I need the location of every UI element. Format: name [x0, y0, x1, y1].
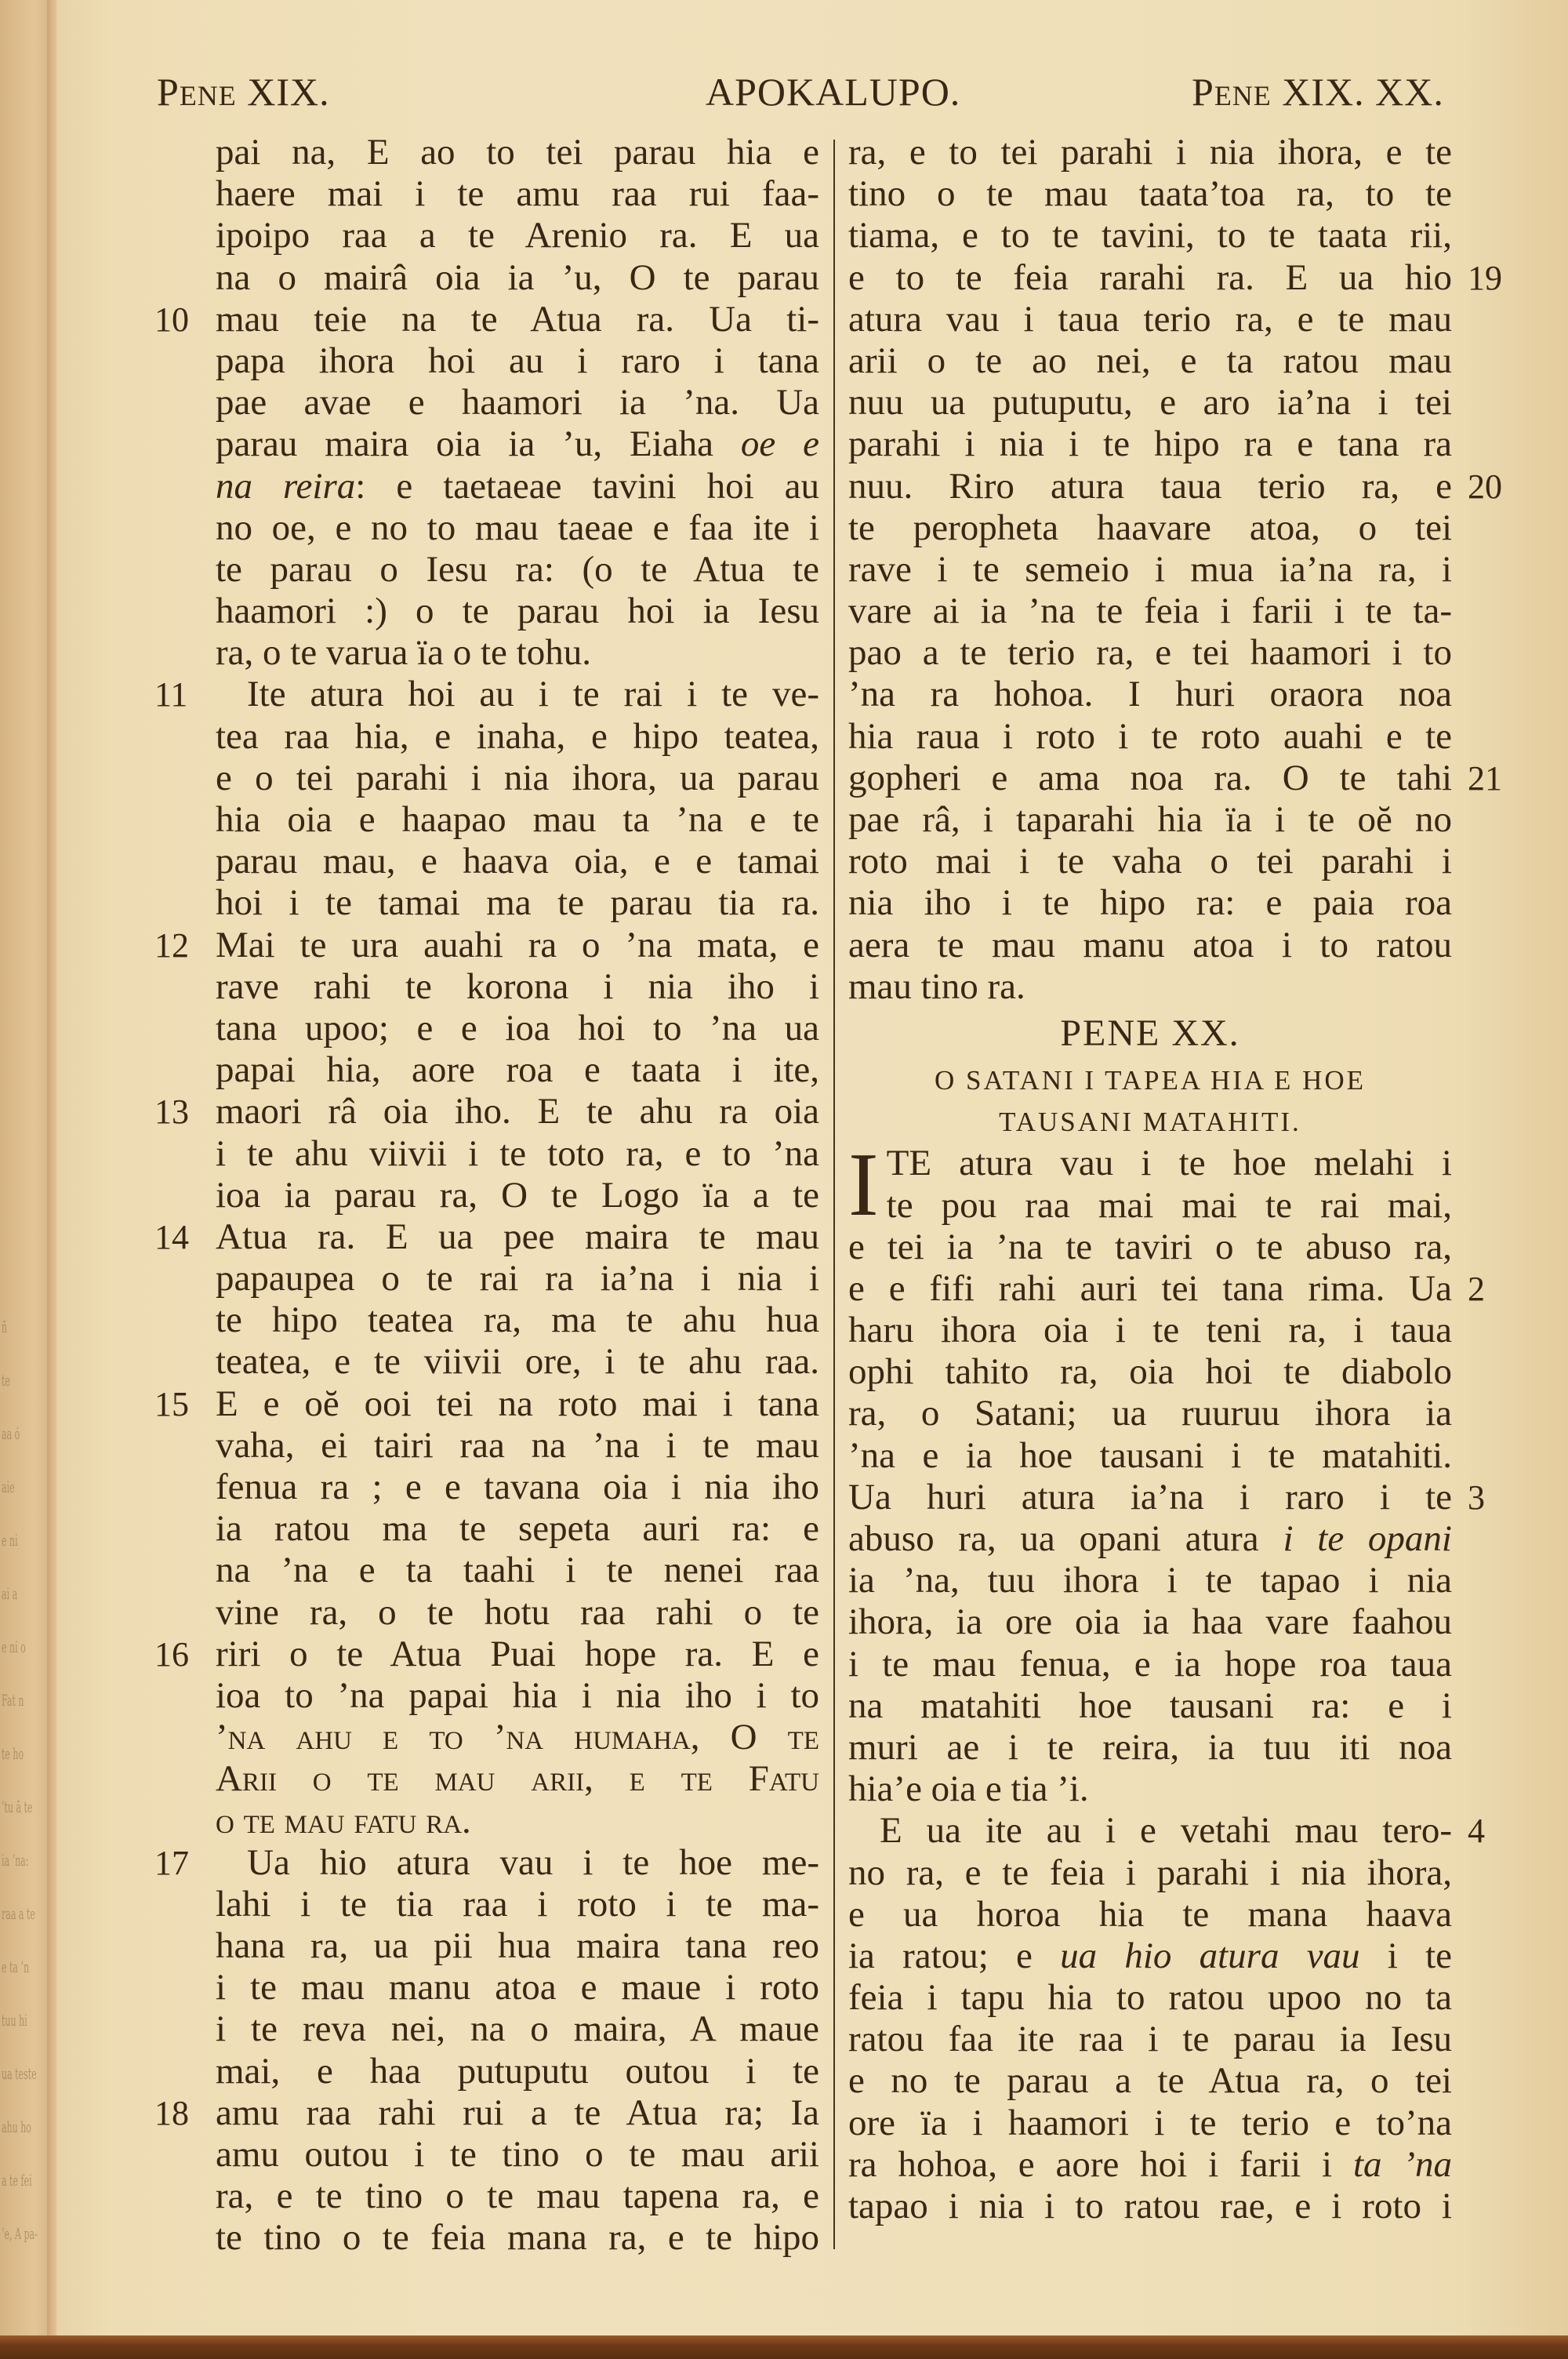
line-text: tapao i nia i to ratou rae, e i roto i: [848, 2186, 1452, 2226]
line-text: e tei ia ’na te taviri o te abuso ra,: [848, 1227, 1452, 1267]
line-text: Atua ra. E ua pee maira te mau: [216, 1216, 819, 1257]
text-line: aera te mau manu atoa i to ratou: [848, 925, 1452, 966]
header-left-initial: P: [157, 70, 180, 114]
bleed-through-text: e ta ’n: [2, 1957, 29, 1976]
line-text: tiama, e to te tavini, to te taata rii,: [848, 215, 1452, 256]
bleed-through-text: te: [2, 1371, 10, 1390]
text-line: ra, o te varua ïa o te tohu.: [216, 632, 819, 674]
text-line: ra, e te tino o te mau tapena ra, e: [216, 2175, 819, 2217]
verse-number: 19: [1468, 257, 1502, 299]
text-line: roto mai i te vaha o tei parahi i: [848, 841, 1452, 882]
italic-text: ta ’na: [1353, 2144, 1452, 2185]
text-line: rave i te semeio i mua ia’na ra, i: [848, 549, 1452, 591]
line-text: Arii o te mau arii, e te Fatu: [216, 1758, 819, 1799]
text-line: e no te parau a te Atua ra, o tei: [848, 2060, 1452, 2102]
line-text: te hipo teatea ra, ma te ahu hua: [216, 1299, 819, 1340]
line-text: pao a te terio ra, e tei haamori i to: [848, 632, 1452, 673]
text-line: 14Atua ra. E ua pee maira te mau: [216, 1216, 819, 1258]
line-text: ihora, ia ore oia ia haa vare faahou: [848, 1601, 1452, 1642]
line-text: arii o te ao nei, e ta ratou mau: [848, 340, 1452, 381]
line-text: hoi i te tamai ma te parau tia ra.: [216, 882, 819, 923]
text-line: e o tei parahi i nia ihora, ua parau: [216, 758, 819, 799]
line-text: te peropheta haavare atoa, o tei: [848, 507, 1452, 548]
text-line: te tino o te feia mana ra, e te hipo: [216, 2217, 819, 2259]
line-text: ’na ra hohoa. I huri oraora noa: [848, 674, 1452, 714]
text-line: ia ratou ma te sepeta auri ra: e: [216, 1508, 819, 1550]
line-text: E e oĕ ooi tei na roto mai i tana: [216, 1383, 819, 1424]
text-line: ia ratou; e ua hio atura vau i te: [848, 1936, 1452, 1977]
line-text: ioa to ’na papai hia i nia iho i to: [216, 1675, 819, 1716]
line-text: Ua hio atura vau i te hoe me-: [247, 1842, 819, 1883]
line-text: tana upoo; e e ioa hoi to ’na ua: [216, 1008, 819, 1049]
line-text: Mai te ura auahi ra o ’na mata, e: [216, 925, 819, 965]
text-line: haamori :) o te parau hoi ia Iesu: [216, 591, 819, 632]
line-text: lahi i te tia raa i roto i te ma-: [216, 1884, 819, 1925]
line-text: ra, e te tino o te mau tapena ra, e: [216, 2175, 819, 2216]
text-line: ’na ahu e to ’na humaha, O te: [216, 1717, 819, 1758]
line-text: papaupea o te rai ra ia’na i nia i: [216, 1258, 819, 1299]
line-text: e e fifi rahi auri tei tana rima. Ua: [848, 1268, 1452, 1309]
line-text: hia oia e haapao mau ta ’na e te: [216, 799, 819, 840]
bleed-through-text: ai a: [2, 1584, 17, 1603]
text-line: e ua horoa hia te mana haava: [848, 1894, 1452, 1936]
line-text: Ua huri atura ia’na i raro i te: [848, 1477, 1452, 1518]
text-line: 20nuu. Riro atura taua terio ra, e: [848, 466, 1452, 507]
text-line: tiama, e to te tavini, to te taata rii,: [848, 215, 1452, 256]
line-text: hana ra, ua pii hua maira tana reo: [216, 1925, 819, 1966]
line-text: teatea, e te viivii ore, i te ahu raa.: [216, 1341, 819, 1382]
book-gutter: [47, 0, 56, 2337]
line-text: e o tei parahi i nia ihora, ua parau: [216, 758, 819, 798]
line-text: nuu ua putuputu, e aro ia’na i tei: [848, 382, 1452, 423]
running-head-right: PENE XIX. XX.: [1192, 69, 1444, 114]
line-text: parau maira oia ia ’u, Eiaha: [216, 423, 713, 464]
verse-number: 14: [154, 1216, 189, 1258]
text-line: muri ae i te reira, ia tuu iti noa: [848, 1727, 1452, 1768]
line-text: tea raa hia, e inaha, e hipo teatea,: [216, 716, 819, 757]
column-divider-rule: [833, 140, 835, 2249]
verse-number: 16: [154, 1634, 189, 1675]
text-line: ipoipo raa a te Arenio ra. E ua: [216, 215, 819, 256]
text-line: ratou faa ite raa i te parau ia Iesu: [848, 2019, 1452, 2060]
verse-number: 12: [154, 925, 189, 966]
text-line: ophi tahito ra, oia hoi te diabolo: [848, 1351, 1452, 1393]
text-line: 18amu raa rahi rui a te Atua ra; Ia: [216, 2092, 819, 2134]
text-line: ’na ra hohoa. I huri oraora noa: [848, 674, 1452, 715]
text-line: i te mau fenua, e ia hope roa taua: [848, 1644, 1452, 1685]
text-line: i te mau manu atoa e maue i roto: [216, 1967, 819, 2008]
text-line: mau tino ra.: [848, 966, 1452, 1008]
text-line: ra, o Satani; ua ruuruu ihora ia: [848, 1393, 1452, 1434]
text-line: ioa to ’na papai hia i nia iho i to: [216, 1675, 819, 1717]
verse-number: 11: [154, 674, 187, 715]
header-right-initial: P: [1192, 70, 1214, 114]
line-text: e to te feia rarahi ra. E ua hio: [848, 257, 1452, 298]
text-line: e tei ia ’na te taviri o te abuso ra,: [848, 1227, 1452, 1268]
bleed-through-text: tuu hi: [2, 2011, 27, 2030]
bleed-through-text: Fat n: [2, 1691, 24, 1710]
text-line: nuu ua putuputu, e aro ia’na i tei: [848, 382, 1452, 423]
line-text: hia raua i roto i te roto auahi e te: [848, 716, 1452, 757]
text-line: papaupea o te rai ra ia’na i nia i: [216, 1258, 819, 1299]
line-text: atura vau i taua terio ra, e te mau: [848, 299, 1452, 340]
text-line: 13maori râ oia iho. E te ahu ra oia: [216, 1091, 819, 1132]
text-line: te pou raa mai mai te rai mai,: [848, 1185, 1452, 1227]
text-line: hia oia e haapao mau ta ’na e te: [216, 799, 819, 841]
line-text: ra, o te varua ïa o te tohu.: [216, 632, 591, 673]
text-line: te peropheta haavare atoa, o tei: [848, 507, 1452, 549]
running-head-left: PENE XIX.: [157, 69, 330, 114]
header-left-smallcaps: ENE: [180, 80, 237, 111]
line-text: papai hia, aore roa e taata i ite,: [216, 1049, 819, 1090]
line-text: i te: [1360, 1936, 1452, 1976]
bleed-through-text: ahu ho: [2, 2117, 31, 2136]
right-text-column: ra, e to tei parahi i nia ihora, e tetin…: [848, 132, 1452, 2227]
line-text: aera te mau manu atoa i to ratou: [848, 925, 1452, 965]
text-line: papai hia, aore roa e taata i ite,: [216, 1049, 819, 1091]
line-text: papa ihora hoi au i raro i tana: [216, 340, 819, 381]
header-left-chapter: XIX.: [237, 70, 330, 114]
bleed-through-text: e ni: [2, 1531, 18, 1550]
line-text: ratou faa ite raa i te parau ia Iesu: [848, 2019, 1452, 2059]
line-text: pae râ, i taparahi hia ïa i te oĕ no: [848, 799, 1452, 840]
line-text: maori râ oia iho. E te ahu ra oia: [216, 1091, 819, 1132]
line-text: hia’e oia e tia ’i.: [848, 1768, 1089, 1809]
line-text: i te mau manu atoa e maue i roto: [216, 1967, 819, 2008]
verse-number: 17: [154, 1842, 189, 1884]
header-right-smallcaps: ENE: [1214, 80, 1272, 111]
text-line: hoi i te tamai ma te parau tia ra.: [216, 882, 819, 924]
line-text: parahi i nia i te hipo ra e tana ra: [848, 423, 1452, 464]
line-text: no ra, e te feia i parahi i nia ihora,: [848, 1852, 1452, 1893]
text-line: vaha, ei tairi raa na ’na i te mau: [216, 1425, 819, 1467]
text-line: na reira: e taetaeae tavini hoi au: [216, 466, 819, 507]
text-line: hia raua i roto i te roto auahi e te: [848, 716, 1452, 758]
line-text: o te mau fatu ra.: [216, 1801, 471, 1841]
line-text: E ua ite au i e vetahi mau tero-: [880, 1810, 1452, 1851]
text-line: parahi i nia i te hipo ra e tana ra: [848, 423, 1452, 465]
line-text: ia ’na, tuu ihora i te tapao i nia: [848, 1560, 1452, 1601]
bleed-through-text: te ho: [2, 1744, 24, 1763]
chapter-heading: PENE XX.: [848, 1008, 1452, 1060]
line-text: tino o te mau taata’toa ra, to te: [848, 173, 1452, 214]
line-text: ra, o Satani; ua ruuruu ihora ia: [848, 1393, 1452, 1434]
line-text: vare ai ia ’na te feia i farii i te ta-: [848, 591, 1452, 631]
bleed-through-text: ia ’na:: [2, 1851, 28, 1870]
line-text: amu raa rahi rui a te Atua ra; Ia: [216, 2092, 819, 2133]
line-text: i te reva nei, na o maira, A maue: [216, 2008, 819, 2049]
bleed-through-text: aa ó: [2, 1424, 20, 1443]
text-line: na o mairâ oia ia ’u, O te parau: [216, 257, 819, 299]
line-text: rave rahi te korona i nia iho i: [216, 966, 819, 1007]
line-text: no oe, e no to mau taeae e faa ite i: [216, 507, 819, 548]
bleed-through-text: ua teste: [2, 2064, 37, 2083]
bleed-through-text: raa a te: [2, 1904, 35, 1923]
line-text: gopheri e ama noa ra. O te tahi: [848, 758, 1452, 798]
text-line: vine ra, o te hotu raa rahi o te: [216, 1592, 819, 1634]
text-line: i te reva nei, na o maira, A maue: [216, 2008, 819, 2050]
text-line: fenua ra ; e e tavana oia i nia iho: [216, 1467, 819, 1508]
line-text: haru ihora oia i te teni ra, i taua: [848, 1310, 1452, 1350]
verse-number: 3: [1468, 1477, 1485, 1518]
line-text: ore ïa i haamori i te terio e to’na: [848, 2103, 1452, 2143]
line-text: ra hohoa, e aore hoi i farii i: [848, 2144, 1332, 2185]
italic-text: i te opani: [1283, 1518, 1452, 1559]
text-line: ra hohoa, e aore hoi i farii i ta ’na: [848, 2144, 1452, 2186]
line-text: muri ae i te reira, ia tuu iti noa: [848, 1727, 1452, 1768]
line-text: rave i te semeio i mua ia’na ra, i: [848, 549, 1452, 590]
text-line: parau maira oia ia ’u, Eiaha oe e: [216, 423, 819, 465]
text-line: 12Mai te ura auahi ra o ’na mata, e: [216, 925, 819, 966]
text-line: ’na e ia hoe tausani i te matahiti.: [848, 1435, 1452, 1477]
text-line: atura vau i taua terio ra, e te mau: [848, 299, 1452, 340]
line-text: roto mai i te vaha o tei parahi i: [848, 841, 1452, 881]
text-line: 3Ua huri atura ia’na i raro i te: [848, 1477, 1452, 1518]
line-text: na ’na e ta taahi i te nenei raa: [216, 1550, 819, 1590]
text-line: 2e e fifi rahi auri tei tana rima. Ua: [848, 1268, 1452, 1310]
running-head-book-title: APOKALUPO.: [706, 69, 960, 114]
line-text: na matahiti hoe tausani ra: e i: [848, 1685, 1452, 1726]
text-line: rave rahi te korona i nia iho i: [216, 966, 819, 1008]
italic-text: na reira: [216, 466, 355, 507]
text-line: tana upoo; e e ioa hoi to ’na ua: [216, 1008, 819, 1049]
text-line: tino o te mau taata’toa ra, to te: [848, 173, 1452, 215]
verse-number: 20: [1468, 466, 1502, 507]
chapter-summary-line: O SATANI I TAPEA HIA E HOE: [848, 1060, 1452, 1101]
text-line: no oe, e no to mau taeae e faa ite i: [216, 507, 819, 549]
line-text: ioa ia parau ra, O te Logo ïa a te: [216, 1175, 819, 1216]
line-text: nia iho i te hipo ra: e paia roa: [848, 882, 1452, 923]
text-line: parau mau, e haava oia, e e tamai: [216, 841, 819, 882]
line-text: ipoipo raa a te Arenio ra. E ua: [216, 215, 819, 256]
chapter-body: ITE atura vau i te hoe melahi ite pou ra…: [848, 1143, 1452, 2227]
line-text: ra, e to tei parahi i nia ihora, e te: [848, 132, 1452, 173]
text-line: hana ra, ua pii hua maira tana reo: [216, 1925, 819, 1967]
text-line: lahi i te tia raa i roto i te ma-: [216, 1884, 819, 1925]
text-line: tapao i nia i to ratou rae, e i roto i: [848, 2186, 1452, 2227]
text-line: teatea, e te viivii ore, i te ahu raa.: [216, 1341, 819, 1383]
verse-number: 18: [154, 2092, 189, 2134]
line-text: vine ra, o te hotu raa rahi o te: [216, 1592, 819, 1633]
text-line: te hipo teatea ra, ma te ahu hua: [216, 1299, 819, 1341]
verse-number: 10: [154, 299, 189, 340]
text-line: 16riri o te Atua Puai hope ra. E e: [216, 1634, 819, 1675]
line-text: haamori :) o te parau hoi ia Iesu: [216, 591, 819, 631]
bleed-through-text: e ni o: [2, 1637, 26, 1656]
text-line: 11Ite atura hoi au i te rai i te ve-: [216, 674, 819, 715]
text-line: te parau o Iesu ra: (o te Atua te: [216, 549, 819, 591]
text-line: vare ai ia ’na te feia i farii i te ta-: [848, 591, 1452, 632]
left-text-column: pai na, E ao to tei parau hia ehaere mai…: [216, 132, 819, 2259]
text-line: ore ïa i haamori i te terio e to’na: [848, 2103, 1452, 2144]
line-text: e ua horoa hia te mana haava: [848, 1894, 1452, 1935]
text-line: ra, e to tei parahi i nia ihora, e te: [848, 132, 1452, 173]
text-line: ia ’na, tuu ihora i te tapao i nia: [848, 1560, 1452, 1601]
header-right-chapters: XIX. XX.: [1272, 70, 1444, 114]
line-text: mai, e haa putuputu outou i te: [216, 2051, 819, 2092]
line-text: abuso ra, ua opani atura: [848, 1518, 1259, 1559]
text-line: amu outou i te tino o te mau arii: [216, 2134, 819, 2175]
line-text: vaha, ei tairi raa na ’na i te mau: [216, 1425, 819, 1466]
line-text: pae avae e haamori ia ’na. Ua: [216, 382, 819, 423]
text-line: abuso ra, ua opani atura i te opani: [848, 1518, 1452, 1560]
line-text: te parau o Iesu ra: (o te Atua te: [216, 549, 819, 590]
text-line: mai, e haa putuputu outou i te: [216, 2051, 819, 2092]
line-text: te tino o te feia mana ra, e te hipo: [216, 2217, 819, 2258]
text-line: TE atura vau i te hoe melahi i: [848, 1143, 1452, 1184]
text-line: 15E e oĕ ooi tei na roto mai i tana: [216, 1383, 819, 1425]
verse-number: 4: [1468, 1810, 1485, 1852]
line-text: ia ratou ma te sepeta auri ra: e: [216, 1508, 819, 1549]
text-line: ihora, ia ore oia ia haa vare faahou: [848, 1601, 1452, 1643]
text-line: pae râ, i taparahi hia ïa i te oĕ no: [848, 799, 1452, 841]
italic-text: oe e: [741, 423, 819, 464]
verse-number: 15: [154, 1383, 189, 1425]
bleed-through-text: a te fei: [2, 2171, 32, 2190]
text-line: pai na, E ao to tei parau hia e: [216, 132, 819, 173]
line-text: i te ahu viivii i te toto ra, e to ’na: [216, 1133, 819, 1174]
line-text: mau tino ra.: [848, 966, 1025, 1007]
bleed-through-text: aie: [2, 1478, 15, 1496]
verse-number: 21: [1468, 758, 1502, 799]
text-line: haere mai i te amu raa rui faa-: [216, 173, 819, 215]
text-line: 17Ua hio atura vau i te hoe me-: [216, 1842, 819, 1884]
line-text: ia ratou; e: [848, 1936, 1033, 1976]
line-text: TE atura vau i te hoe melahi i: [887, 1143, 1452, 1183]
line-text: ophi tahito ra, oia hoi te diabolo: [848, 1351, 1452, 1392]
text-line: tea raa hia, e inaha, e hipo teatea,: [216, 716, 819, 758]
line-text: nuu. Riro atura taua terio ra, e: [848, 466, 1452, 507]
text-line: o te mau fatu ra.: [216, 1801, 819, 1842]
opposite-page-edge: ñteaa óaiee niai ae ni oFat nte ho’tu â …: [0, 0, 49, 2337]
line-text: amu outou i te tino o te mau arii: [216, 2134, 819, 2175]
line-text: riri o te Atua Puai hope ra. E e: [216, 1634, 819, 1674]
page-bottom-edge: [0, 2335, 1568, 2359]
text-line: na matahiti hoe tausani ra: e i: [848, 1685, 1452, 1727]
line-text: na o mairâ oia ia ’u, O te parau: [216, 257, 819, 298]
line-text: i te mau fenua, e ia hope roa taua: [848, 1644, 1452, 1685]
text-line: na ’na e ta taahi i te nenei raa: [216, 1550, 819, 1591]
text-line: 10mau teie na te Atua ra. Ua ti-: [216, 299, 819, 340]
text-line: arii o te ao nei, e ta ratou mau: [848, 340, 1452, 382]
text-line: ioa ia parau ra, O te Logo ïa a te: [216, 1175, 819, 1216]
text-line: feia i tapu hia to ratou upoo no ta: [848, 1977, 1452, 2019]
line-text: ’na e ia hoe tausani i te matahiti.: [848, 1435, 1452, 1476]
bleed-through-text: ñ: [2, 1318, 7, 1336]
verse-number: 2: [1468, 1268, 1485, 1310]
italic-text: ua hio atura vau: [1060, 1936, 1359, 1976]
line-text: mau teie na te Atua ra. Ua ti-: [216, 299, 819, 340]
text-line: nia iho i te hipo ra: e paia roa: [848, 882, 1452, 924]
text-line: hia’e oia e tia ’i.: [848, 1768, 1452, 1810]
line-text: pai na, E ao to tei parau hia e: [216, 132, 819, 173]
chapter-summary-line: TAUSANI MATAHITI.: [848, 1101, 1452, 1143]
text-line: papa ihora hoi au i raro i tana: [216, 340, 819, 382]
line-text: parau mau, e haava oia, e e tamai: [216, 841, 819, 881]
bleed-through-text: ’tu â te: [2, 1797, 32, 1816]
text-line: no ra, e te feia i parahi i nia ihora,: [848, 1852, 1452, 1894]
line-text: e no te parau a te Atua ra, o tei: [848, 2060, 1452, 2101]
line-text: haere mai i te amu raa rui faa-: [216, 173, 819, 214]
text-line: i te ahu viivii i te toto ra, e to ’na: [216, 1133, 819, 1175]
line-text: fenua ra ; e e tavana oia i nia iho: [216, 1467, 819, 1507]
line-text: te pou raa mai mai te rai mai,: [887, 1185, 1452, 1226]
text-line: 21gopheri e ama noa ra. O te tahi: [848, 758, 1452, 799]
bleed-through-text: ’e, A pa-: [2, 2224, 38, 2243]
line-text: ’na ahu e to ’na humaha, O te: [216, 1717, 819, 1757]
line-text: Ite atura hoi au i te rai i te ve-: [247, 674, 819, 714]
text-line: pae avae e haamori ia ’na. Ua: [216, 382, 819, 423]
text-line: pao a te terio ra, e tei haamori i to: [848, 632, 1452, 674]
verse-number: 13: [154, 1091, 189, 1132]
text-line: haru ihora oia i te teni ra, i taua: [848, 1310, 1452, 1351]
text-line: 4E ua ite au i e vetahi mau tero-: [848, 1810, 1452, 1852]
line-text: : e taetaeae tavini hoi au: [355, 466, 819, 507]
line-text: feia i tapu hia to ratou upoo no ta: [848, 1977, 1452, 2018]
text-line: Arii o te mau arii, e te Fatu: [216, 1758, 819, 1800]
text-line: 19e to te feia rarahi ra. E ua hio: [848, 257, 1452, 299]
